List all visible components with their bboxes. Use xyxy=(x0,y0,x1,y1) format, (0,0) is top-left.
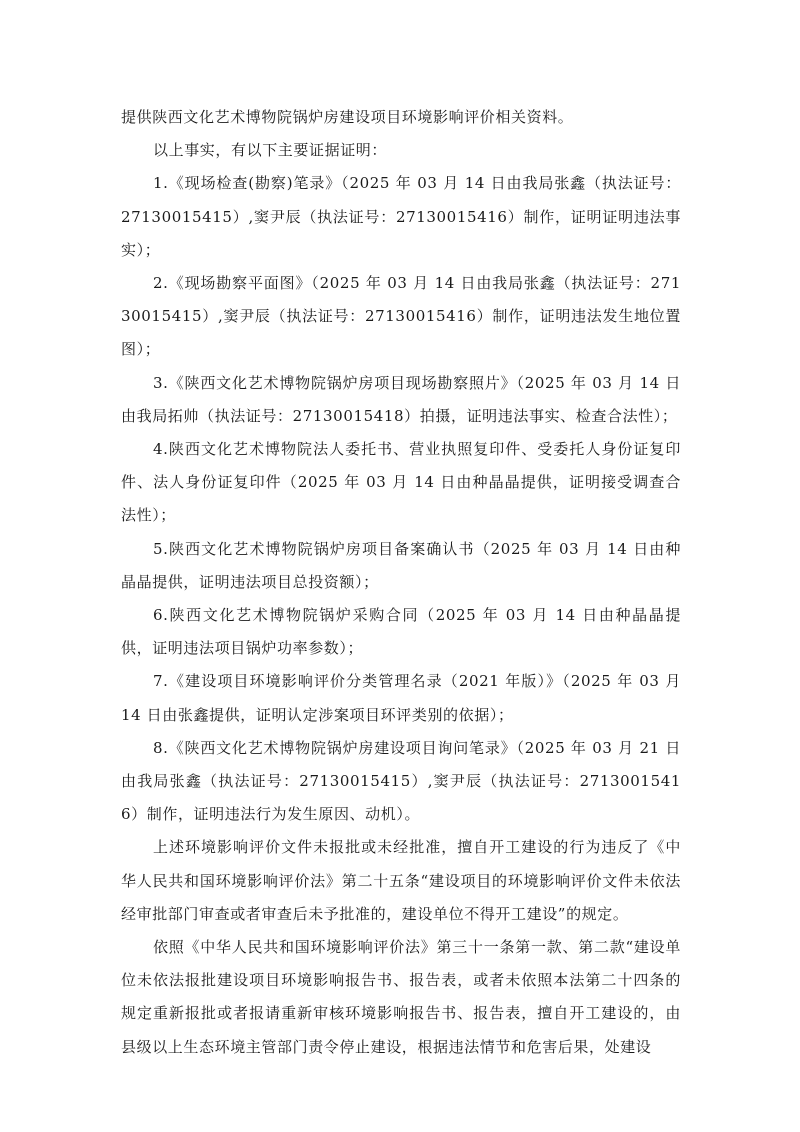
evidence-item-6: 6.陕西文化艺术博物院锅炉采购合同（2025 年 03 月 14 日由种晶晶提供… xyxy=(121,599,681,665)
paragraph-legal-basis: 依照《中华人民共和国环境影响评价法》第三十一条第一款、第二款“建设单位未依法报批… xyxy=(121,931,681,1064)
evidence-item-2: 2.《现场勘察平面图》（2025 年 03 月 14 日由我局张鑫（执法证号：2… xyxy=(121,267,681,367)
evidence-item-8: 8.《陕西文化艺术博物院锅炉房建设项目询问笔录》（2025 年 03 月 21 … xyxy=(121,732,681,832)
evidence-item-7: 7.《建设项目环境影响评价分类管理名录（2021 年版）》（2025 年 03 … xyxy=(121,665,681,731)
evidence-item-4: 4.陕西文化艺术博物院法人委托书、营业执照复印件、受委托人身份证复印件、法人身份… xyxy=(121,433,681,533)
paragraph-violation: 上述环境影响评价文件未报批或未经批准，擅自开工建设的行为违反了《中华人民共和国环… xyxy=(121,831,681,931)
document-page: 提供陕西文化艺术博物院锅炉房建设项目环境影响评价相关资料。 以上事实，有以下主要… xyxy=(121,101,681,1064)
evidence-item-3: 3.《陕西文化艺术博物院锅炉房项目现场勘察照片》（2025 年 03 月 14 … xyxy=(121,367,681,433)
evidence-item-1: 1.《现场检查(勘察)笔录》（2025 年 03 月 14 日由我局张鑫（执法证… xyxy=(121,167,681,267)
paragraph-evidence-intro: 以上事实，有以下主要证据证明： xyxy=(121,134,681,167)
evidence-item-5: 5.陕西文化艺术博物院锅炉房项目备案确认书（2025 年 03 月 14 日由种… xyxy=(121,533,681,599)
paragraph-continuation: 提供陕西文化艺术博物院锅炉房建设项目环境影响评价相关资料。 xyxy=(121,101,681,134)
